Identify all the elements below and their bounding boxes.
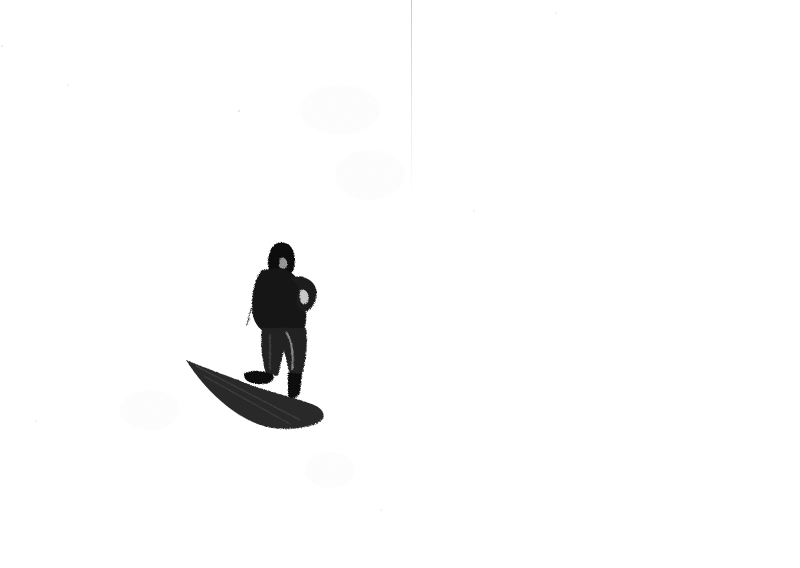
walking-figure bbox=[244, 242, 317, 398]
charcoal-sketch bbox=[0, 0, 800, 568]
